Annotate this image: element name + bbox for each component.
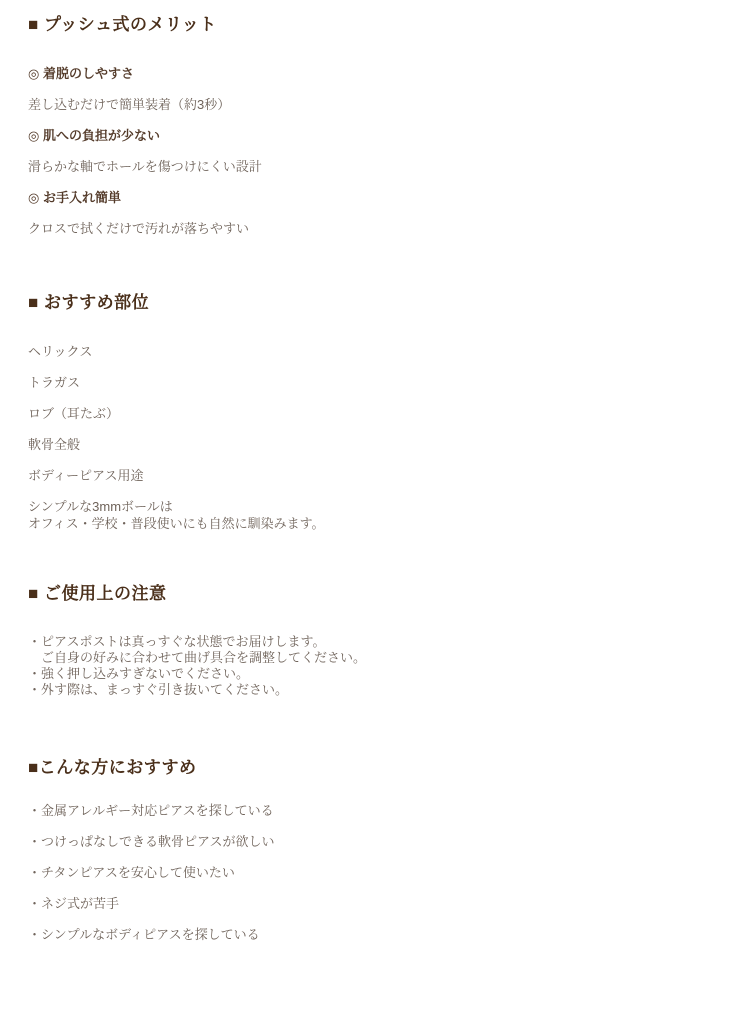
merit-label-gentle-on-skin: ◎ 肌への負担が少ない [28, 127, 731, 144]
usage-note-line-pull-straight: ・外す際は、まっすぐ引き抜いてください。 [28, 682, 731, 698]
area-item-tragus: トラガス [28, 374, 731, 391]
area-note-line2: オフィス・学校・普段使いにも自然に馴染みます。 [28, 515, 731, 532]
section-usage-notes: ■ ご使用上の注意 ・ピアスポストは真っすぐな状態でお届けします。 ご自身の好み… [28, 583, 731, 698]
area-item-body-piercing: ボディーピアス用途 [28, 467, 731, 484]
recommendation-item-dislike-screw-type: ・ネジ式が苦手 [28, 895, 731, 912]
area-note-line1: シンプルな3mmボールは [28, 498, 731, 515]
usage-note-line-straight-post: ・ピアスポストは真っすぐな状態でお届けします。 [28, 634, 731, 650]
merit-desc-easy-on-off: 差し込むだけで簡単装着（約3秒） [28, 96, 731, 113]
merit-label-easy-on-off: ◎ 着脱のしやすさ [28, 65, 731, 82]
recommendation-item-metal-allergy: ・金属アレルギー対応ピアスを探している [28, 802, 731, 819]
recommendation-item-simple-body-piercing: ・シンプルなボディピアスを探している [28, 926, 731, 943]
merit-label-easy-care: ◎ お手入れ簡単 [28, 189, 731, 206]
merit-desc-gentle-on-skin: 滑らかな軸でホールを傷つけにくい設計 [28, 158, 731, 175]
merit-desc-easy-care: クロスで拭くだけで汚れが落ちやすい [28, 220, 731, 237]
usage-note-line-do-not-push-hard: ・強く押し込みすぎないでください。 [28, 666, 731, 682]
area-note: シンプルな3mmボールは オフィス・学校・普段使いにも自然に馴染みます。 [28, 498, 731, 532]
section-title-usage-notes: ■ ご使用上の注意 [28, 583, 731, 605]
area-item-helix: ヘリックス [28, 343, 731, 360]
section-title-recommended-for: ■こんな方におすすめ [28, 757, 731, 779]
recommendation-item-leave-in-cartilage: ・つけっぱなしできる軟骨ピアスが欲しい [28, 833, 731, 850]
usage-notes-paragraph: ・ピアスポストは真っすぐな状態でお届けします。 ご自身の好みに合わせて曲げ具合を… [28, 634, 731, 698]
section-recommended-for: ■こんな方におすすめ ・金属アレルギー対応ピアスを探している ・つけっぱなしでき… [28, 757, 731, 943]
product-description-page: ■ プッシュ式のメリット ◎ 着脱のしやすさ 差し込むだけで簡単装着（約3秒） … [0, 0, 751, 1017]
area-item-lobe: ロブ（耳たぶ） [28, 405, 731, 422]
section-push-merits: ■ プッシュ式のメリット ◎ 着脱のしやすさ 差し込むだけで簡単装着（約3秒） … [28, 14, 731, 237]
recommendation-item-titanium-safe: ・チタンピアスを安心して使いたい [28, 864, 731, 881]
section-title-push-merits: ■ プッシュ式のメリット [28, 14, 731, 36]
usage-note-line-adjust-bend: ご自身の好みに合わせて曲げ具合を調整してください。 [28, 650, 731, 666]
section-title-recommended-areas: ■ おすすめ部位 [28, 292, 731, 314]
area-item-cartilage: 軟骨全般 [28, 436, 731, 453]
section-recommended-areas: ■ おすすめ部位 ヘリックス トラガス ロブ（耳たぶ） 軟骨全般 ボディーピアス… [28, 292, 731, 532]
